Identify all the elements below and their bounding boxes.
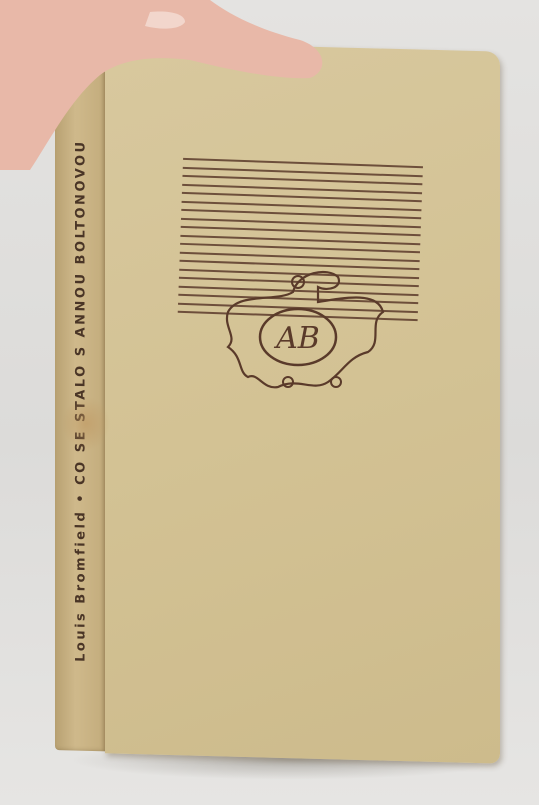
monogram-emblem-icon: AB [218, 262, 398, 402]
cover-stain [62, 396, 110, 451]
photo-scene: Louis Bromfield • CO SE STALO S ANNOU BO… [0, 0, 539, 805]
hand-holding-book [0, 0, 330, 170]
monogram-text: AB [273, 321, 320, 356]
